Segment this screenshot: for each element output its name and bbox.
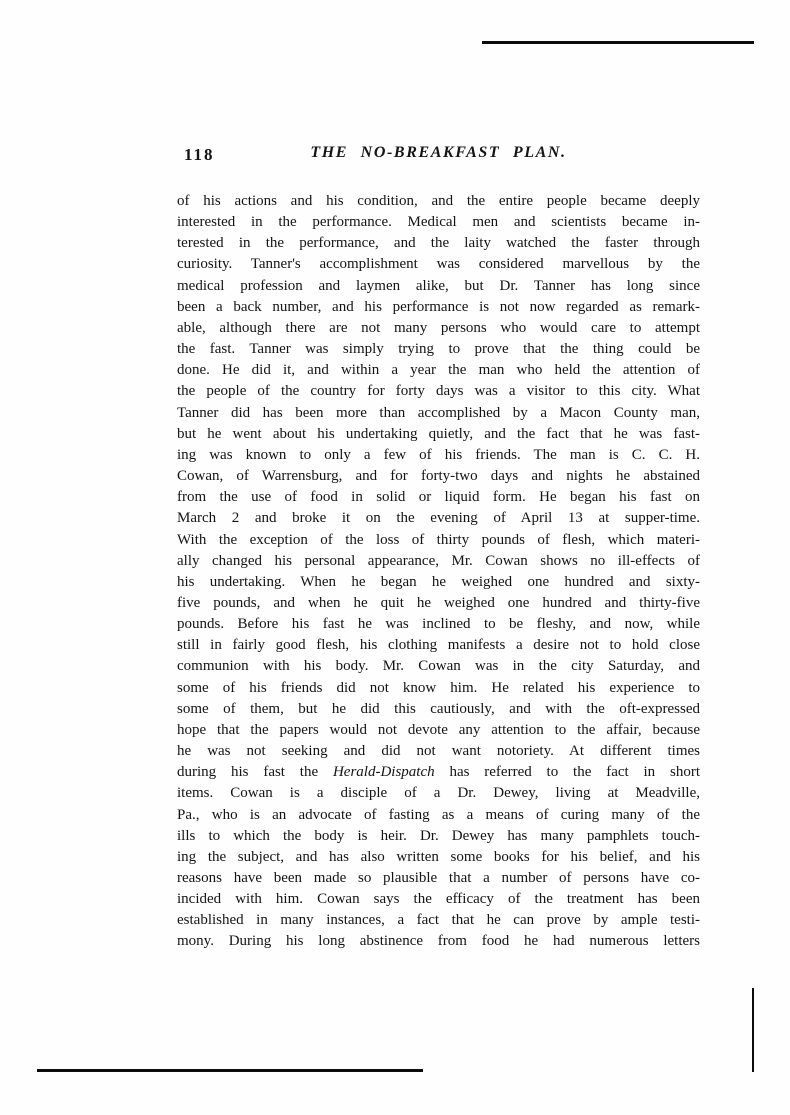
text-line: of his actions and his condition, and th… <box>177 191 700 212</box>
text-line: pounds. Before his fast he was inclined … <box>177 614 700 635</box>
text-line: still in fairly good flesh, his clothing… <box>177 635 700 656</box>
book-page: 118 THE NO-BREAKFAST PLAN. of his action… <box>0 0 790 1115</box>
running-title: THE NO-BREAKFAST PLAN. <box>177 144 700 162</box>
text-line: With the exception of the loss of thirty… <box>177 530 700 551</box>
text-line: terested in the performance, and the lai… <box>177 233 700 254</box>
text-line: done. He did it, and within a year the m… <box>177 360 700 381</box>
text-segment: during his fast the <box>177 764 333 780</box>
text-line: able, although there are not many person… <box>177 318 700 339</box>
text-line: some of his friends did not know him. He… <box>177 678 700 699</box>
text-line: but he went about his undertaking quietl… <box>177 424 700 445</box>
text-line: ally changed his personal appearance, Mr… <box>177 551 700 572</box>
right-page-edge-line <box>752 988 754 1072</box>
text-line: during his fast the Herald-Dispatch has … <box>177 762 700 783</box>
page-text: of his actions and his condition, and th… <box>177 191 700 953</box>
text-line: ills to which the body is heir. Dr. Dewe… <box>177 826 700 847</box>
text-segment: has referred to the fact in short <box>435 764 700 780</box>
top-right-rule <box>482 41 754 44</box>
text-line: been a back number, and his performance … <box>177 297 700 318</box>
text-line: the fast. Tanner was simply trying to pr… <box>177 339 700 360</box>
text-line: mony. During his long abstinence from fo… <box>177 931 700 952</box>
bottom-left-rule <box>37 1069 423 1072</box>
text-line: five pounds, and when he quit he weighed… <box>177 593 700 614</box>
italic-phrase: Herald-Dispatch <box>333 764 435 780</box>
text-line: the people of the country for forty days… <box>177 381 700 402</box>
text-line: medical profession and laymen alike, but… <box>177 276 700 297</box>
text-line: March 2 and broke it on the evening of A… <box>177 508 700 529</box>
text-line: incided with him. Cowan says the efficac… <box>177 889 700 910</box>
text-line: from the use of food in solid or liquid … <box>177 487 700 508</box>
text-line: hope that the papers would not devote an… <box>177 720 700 741</box>
text-line: he was not seeking and did not want noto… <box>177 741 700 762</box>
text-line: curiosity. Tanner's accomplishment was c… <box>177 254 700 275</box>
text-line: communion with his body. Mr. Cowan was i… <box>177 656 700 677</box>
page-header: 118 THE NO-BREAKFAST PLAN. <box>177 144 700 168</box>
text-line: Cowan, of Warrensburg, and for forty-two… <box>177 466 700 487</box>
text-line: items. Cowan is a disciple of a Dr. Dewe… <box>177 783 700 804</box>
text-line: interested in the performance. Medical m… <box>177 212 700 233</box>
text-line: his undertaking. When he began he weighe… <box>177 572 700 593</box>
text-line: reasons have been made so plausible that… <box>177 868 700 889</box>
text-line: some of them, but he did this cautiously… <box>177 699 700 720</box>
text-line: Pa., who is an advocate of fasting as a … <box>177 805 700 826</box>
text-line: ing the subject, and has also written so… <box>177 847 700 868</box>
text-line: Tanner did has been more than accomplish… <box>177 403 700 424</box>
text-line: established in many instances, a fact th… <box>177 910 700 931</box>
text-line: ing was known to only a few of his frien… <box>177 445 700 466</box>
